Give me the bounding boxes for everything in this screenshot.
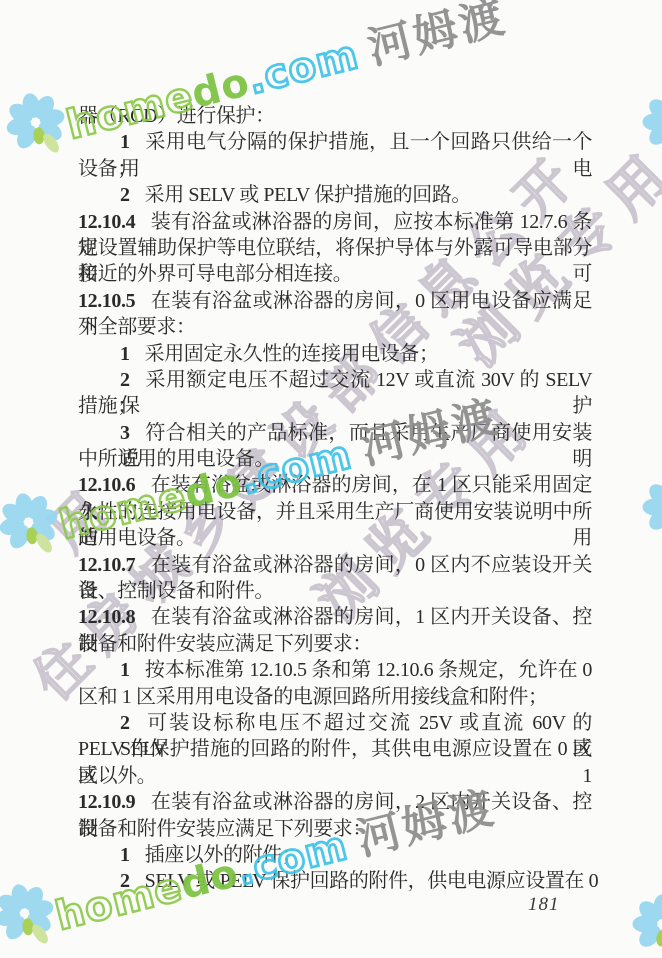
line-number-prefix: 1	[120, 659, 130, 681]
flower-logo-icon-partial	[630, 894, 662, 958]
text-line: 12.10.7在装有浴盆或淋浴器的房间，0 区内不应装设开关设	[78, 552, 592, 578]
hemudu-text: 河姆渡	[363, 0, 512, 75]
line-text: 区以外。	[78, 765, 156, 787]
line-number-prefix: 12.10.9	[78, 791, 135, 813]
line-number-prefix: 12.10.4	[78, 211, 135, 233]
line-text: 采用电气分隔的保护措施，且一个回路只供给一个用电	[120, 131, 592, 179]
homedo-text-solid: do	[176, 850, 244, 909]
line-number-prefix: 3	[120, 422, 130, 444]
line-text: 措施；	[78, 395, 137, 417]
line-text: 区和 1 区采用用电设备的电源回路所用接线盒和附件；	[78, 686, 548, 708]
line-text: 采用固定永久性的连接用电设备；	[145, 343, 439, 365]
line-number-prefix: 12.10.8	[78, 606, 135, 628]
text-line: 12.10.4装有浴盆或淋浴器的房间，应按本标准第 12.7.6 条规	[78, 209, 592, 235]
flower-logo-icon-partial	[640, 477, 662, 549]
line-text: 接近的外界可导电部分相连接。	[78, 263, 352, 285]
line-text: 列全部要求：	[78, 316, 196, 338]
text-line: 定设置辅助保护等电位联结，将保护导体与外露可导电部分和可	[78, 235, 592, 261]
text-line: 1按本标准第 12.10.5 条和第 12.10.6 条规定，允许在 0	[78, 657, 592, 683]
line-text: 设备；	[78, 158, 137, 180]
line-text: 设备和附件安装应满足下列要求：	[78, 633, 372, 655]
line-number-prefix: 1	[120, 343, 130, 365]
text-line: 12.10.8在装有浴盆或淋浴器的房间，1 区内开关设备、控制	[78, 604, 592, 630]
line-number-prefix: 2	[120, 369, 130, 391]
line-text: 采用 SELV 或 PELV 保护措施的回路。	[145, 184, 471, 206]
homedo-text-outline: home	[51, 864, 187, 940]
text-line: 区和 1 区采用用电设备的电源回路所用接线盒和附件；	[78, 684, 592, 710]
homedo-text-solid: do	[180, 459, 248, 518]
text-line: 设备和附件安装应满足下列要求：	[78, 631, 592, 657]
line-number-prefix: 2	[120, 184, 130, 206]
text-line: PELV 作保护措施的回路的附件，其供电电源应设置在 0 区或 1	[78, 736, 592, 762]
text-line: 1采用固定永久性的连接用电设备；	[78, 341, 592, 367]
homedo-text-solid: do	[187, 59, 255, 118]
line-text: 按本标准第 12.10.5 条和第 12.10.6 条规定，允许在 0	[145, 659, 592, 681]
text-line: 2采用额定电压不超过交流 12V 或直流 30V 的 SELV 保护	[78, 367, 592, 393]
document-page: 住房城乡建设部信息公开 浏览专用 浏览专用 用 器（RCD）进行保护：1采用电气…	[0, 0, 662, 958]
text-line: 列全部要求：	[78, 314, 592, 340]
text-line: 2可装设标称电压不超过交流 25V 或直流 60V 的 SELV 或	[78, 710, 592, 736]
dot-com-text: .com	[243, 32, 363, 104]
flower-logo-icon-partial	[640, 92, 662, 164]
line-number-prefix: 12.10.5	[78, 290, 135, 312]
line-number-prefix: 2	[120, 712, 130, 734]
page-number: 181	[528, 894, 560, 916]
text-line: 2采用 SELV 或 PELV 保护措施的回路。	[78, 182, 592, 208]
line-number-prefix: 12.10.7	[78, 554, 135, 576]
text-line: 备、控制设备和附件。	[78, 578, 592, 604]
line-text: 备、控制设备和附件。	[78, 580, 274, 602]
text-line: 12.10.5在装有浴盆或淋浴器的房间，0 区用电设备应满足下	[78, 288, 592, 314]
